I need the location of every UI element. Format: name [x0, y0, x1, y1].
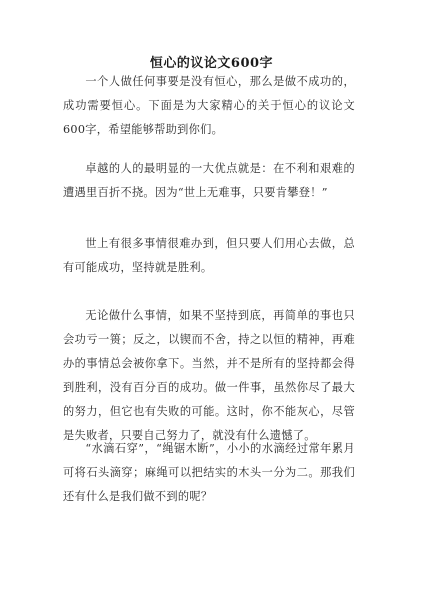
paragraph-conclusion: “水滴石穿”，“绳锯木断”，小小的水滴经过常年累月可将石头滴穿；麻绳可以把结实的… [63, 437, 355, 509]
paragraph-perseverance: 无论做什么事情，如果不坚持到底，再简单的事也只会功亏一篑；反之，以锲而不舍，持之… [63, 304, 355, 448]
document-title: 恒心的议论文600字 [0, 52, 423, 71]
paragraph-excellence: 卓越的人的最明显的一大优点就是：在不利和艰难的遭遇里百折不挠。因为“世上无难事，… [63, 157, 355, 205]
document-page: 恒心的议论文600字 一个人做任何事要是没有恒心，那么是做不成功的，成功需要恒心… [0, 0, 423, 600]
paragraph-persistence-victory: 世上有很多事情很难办到，但只要人们用心去做，总有可能成功，坚持就是胜利。 [63, 232, 355, 280]
paragraph-intro: 一个人做任何事要是没有恒心，那么是做不成功的，成功需要恒心。下面是为大家精心的关… [63, 70, 355, 142]
